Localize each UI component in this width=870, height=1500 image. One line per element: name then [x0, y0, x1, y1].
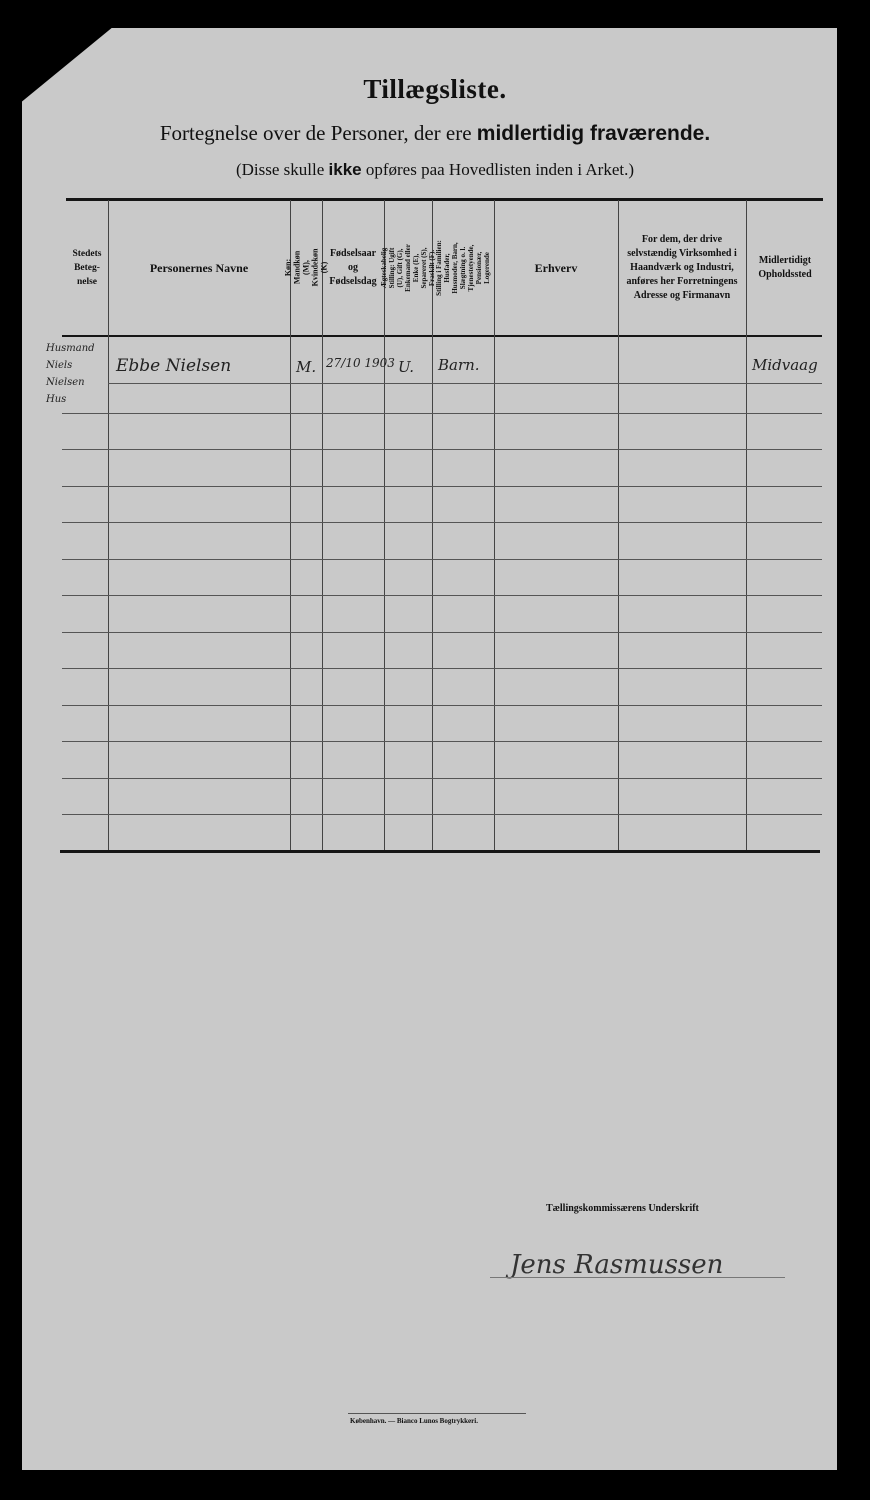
col-divider-3 [322, 200, 323, 850]
row-line [62, 449, 822, 450]
page-note: (Disse skulle ikke opføres paa Hovedlist… [0, 160, 870, 180]
cell-navne: Ebbe Nielsen [116, 356, 231, 376]
page-title: Tillægsliste. [0, 74, 870, 105]
cell-opholdssted: Midvaag [752, 356, 818, 374]
printer-imprint: København. — Bianco Lunos Bogtrykkeri. [350, 1417, 478, 1425]
col-divider-7 [618, 200, 619, 850]
row-line [62, 559, 822, 560]
table-bottom-rule [60, 850, 820, 853]
row-line [62, 705, 822, 706]
cell-aegteskab: U. [398, 358, 414, 376]
printer-rule [348, 1413, 526, 1414]
header-virksomhed: For dem, der drive selvstændig Virksomhe… [622, 200, 742, 335]
cell-stedets: Husmand Niels Nielsen Hus [46, 340, 106, 408]
cell-kon: M. [296, 358, 316, 376]
header-opholdssted: Midlertidigt Opholdssted [750, 200, 820, 335]
header-aegteskab: Ægteskabelig Stilling: Ugift (U), Gift (… [384, 200, 432, 335]
row-line [62, 632, 822, 633]
cell-familie: Barn. [438, 356, 480, 374]
page-subtitle: Fortegnelse over de Personer, der ere mi… [0, 121, 870, 146]
row-line [62, 522, 822, 523]
signature-line [490, 1277, 785, 1278]
header-fodsel: Fødselsaar og Fødselsdag [324, 200, 382, 335]
signature-label: Tællingskommissærens Underskrift [546, 1203, 699, 1214]
cell-fodsel: 27/10 1903 [326, 356, 395, 370]
header-navne: Personernes Navne [108, 200, 290, 335]
row-line [62, 814, 822, 815]
header-bottom-rule [62, 335, 822, 337]
subtitle-text: Fortegnelse over de Personer, der ere [160, 121, 477, 145]
note-emphasis: ikke [329, 160, 362, 179]
signature-name: Jens Rasmussen [510, 1250, 723, 1280]
row-line [62, 778, 822, 779]
row-line [62, 668, 822, 669]
header-erhverv: Erhverv [494, 200, 618, 335]
note-text-pre: (Disse skulle [236, 160, 329, 179]
header-familie: Stilling i Familien: Husfader, Husmoder,… [432, 200, 494, 335]
subtitle-emphasis: midlertidig fraværende. [477, 122, 710, 145]
row-line [62, 486, 822, 487]
note-text-post: opføres paa Hovedlisten inden i Arket.) [362, 160, 634, 179]
row-line [62, 413, 822, 414]
header-stedets: Stedets Beteg-nelse [66, 238, 108, 298]
col-divider-8 [746, 200, 747, 850]
row-line [62, 595, 822, 596]
row-line [108, 383, 822, 384]
row-line [62, 741, 822, 742]
header-kon: Køn: Mandkøn (M), Kvindekøn (K) [290, 200, 322, 335]
